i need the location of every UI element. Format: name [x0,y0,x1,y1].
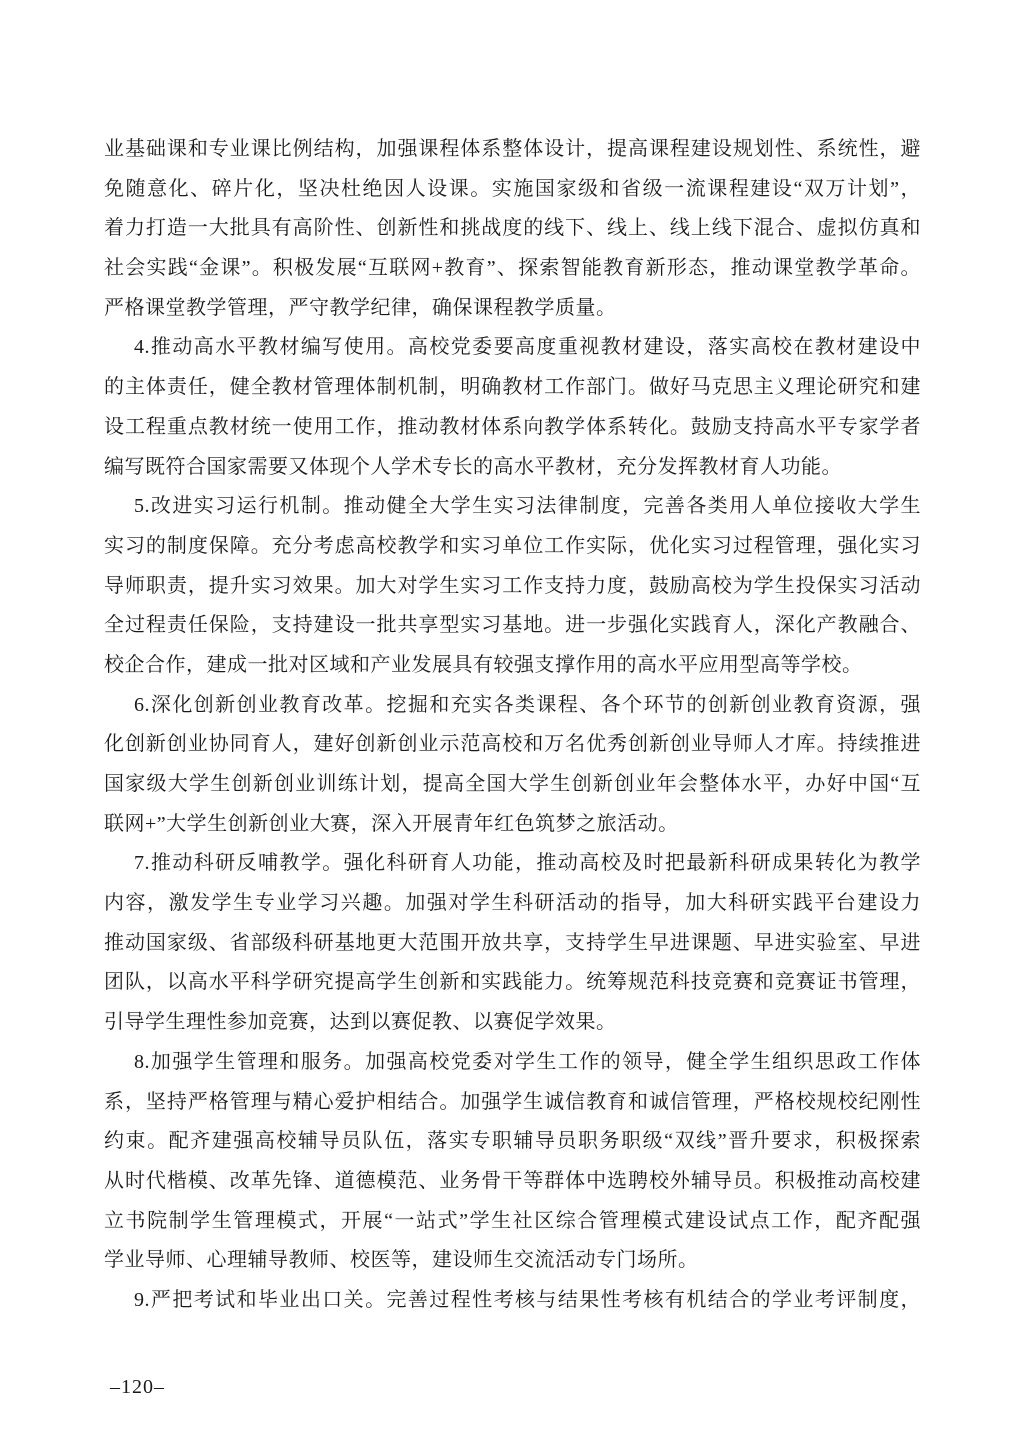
text-line: 全过程责任保险，支持建设一批共享型实习基地。进一步强化实践育人，深化产教融合、 [104,606,921,646]
text-line: 5.改进实习运行机制。推动健全大学生实习法律制度，完善各类用人单位接收大学生 [104,487,921,527]
text-line: 推动国家级、省部级科研基地更大范围开放共享，支持学生早进课题、早进实验室、早进 [104,924,921,964]
text-line: 学业导师、心理辅导教师、校医等，建设师生交流活动专门场所。 [104,1241,921,1281]
text-line: 着力打造一大批具有高阶性、创新性和挑战度的线下、线上、线上线下混合、虚拟仿真和 [104,209,921,249]
text-line: 6.深化创新创业教育改革。挖掘和充实各类课程、各个环节的创新创业教育资源，强 [104,686,921,726]
text-line: 设工程重点教材统一使用工作，推动教材体系向教学体系转化。鼓励支持高水平专家学者 [104,408,921,448]
text-line: 9.严把考试和毕业出口关。完善过程性考核与结果性考核有机结合的学业考评制度， [104,1281,921,1321]
text-line: 4.推动高水平教材编写使用。高校党委要高度重视教材建设，落实高校在教材建设中 [104,328,921,368]
text-line: 编写既符合国家需要又体现个人学术专长的高水平教材，充分发挥教材育人功能。 [104,448,921,488]
text-line: 系，坚持严格管理与精心爱护相结合。加强学生诚信教育和诚信管理，严格校规校纪刚性 [104,1083,921,1123]
text-line: 联网+”大学生创新创业大赛，深入开展青年红色筑梦之旅活动。 [104,805,921,845]
text-line: 校企合作，建成一批对区域和产业发展具有较强支撑作用的高水平应用型高等学校。 [104,646,921,686]
text-line: 导师职责，提升实习效果。加大对学生实习工作支持力度，鼓励高校为学生投保实习活动 [104,567,921,607]
text-line: 从时代楷模、改革先锋、道德模范、业务骨干等群体中选聘校外辅导员。积极推动高校建 [104,1162,921,1202]
text-line: 8.加强学生管理和服务。加强高校党委对学生工作的领导，健全学生组织思政工作体 [104,1043,921,1083]
text-line: 立书院制学生管理模式，开展“一站式”学生社区综合管理模式建设试点工作，配齐配强 [104,1202,921,1242]
text-line: 国家级大学生创新创业训练计划，提高全国大学生创新创业年会整体水平，办好中国“互 [104,765,921,805]
text-line: 约束。配齐建强高校辅导员队伍，落实专职辅导员职务职级“双线”晋升要求，积极探索 [104,1122,921,1162]
body-text: 业基础课和专业课比例结构，加强课程体系整体设计，提高课程建设规划性、系统性，避免… [104,130,921,1321]
document-page: 业基础课和专业课比例结构，加强课程体系整体设计，提高课程建设规划性、系统性，避免… [0,0,1024,1448]
text-line: 业基础课和专业课比例结构，加强课程体系整体设计，提高课程建设规划性、系统性，避 [104,130,921,170]
text-line: 引导学生理性参加竞赛，达到以赛促教、以赛促学效果。 [104,1003,921,1043]
text-line: 社会实践“金课”。积极发展“互联网+教育”、探索智能教育新形态，推动课堂教学革命… [104,249,921,289]
text-line: 的主体责任，健全教材管理体制机制，明确教材工作部门。做好马克思主义理论研究和建 [104,368,921,408]
text-line: 化创新创业协同育人，建好创新创业示范高校和万名优秀创新创业导师人才库。持续推进 [104,725,921,765]
text-line: 内容，激发学生专业学习兴趣。加强对学生科研活动的指导，加大科研实践平台建设力度， [104,884,921,924]
text-line: 团队，以高水平科学研究提高学生创新和实践能力。统筹规范科技竞赛和竞赛证书管理， [104,963,921,1003]
text-line: 实习的制度保障。充分考虑高校教学和实习单位工作实际，优化实习过程管理，强化实习 [104,527,921,567]
text-line: 免随意化、碎片化，坚决杜绝因人设课。实施国家级和省级一流课程建设“双万计划”， [104,170,921,210]
text-line: 严格课堂教学管理，严守教学纪律，确保课程教学质量。 [104,289,921,329]
text-line: 7.推动科研反哺教学。强化科研育人功能，推动高校及时把最新科研成果转化为教学 [104,844,921,884]
page-number: –120– [110,1376,165,1399]
